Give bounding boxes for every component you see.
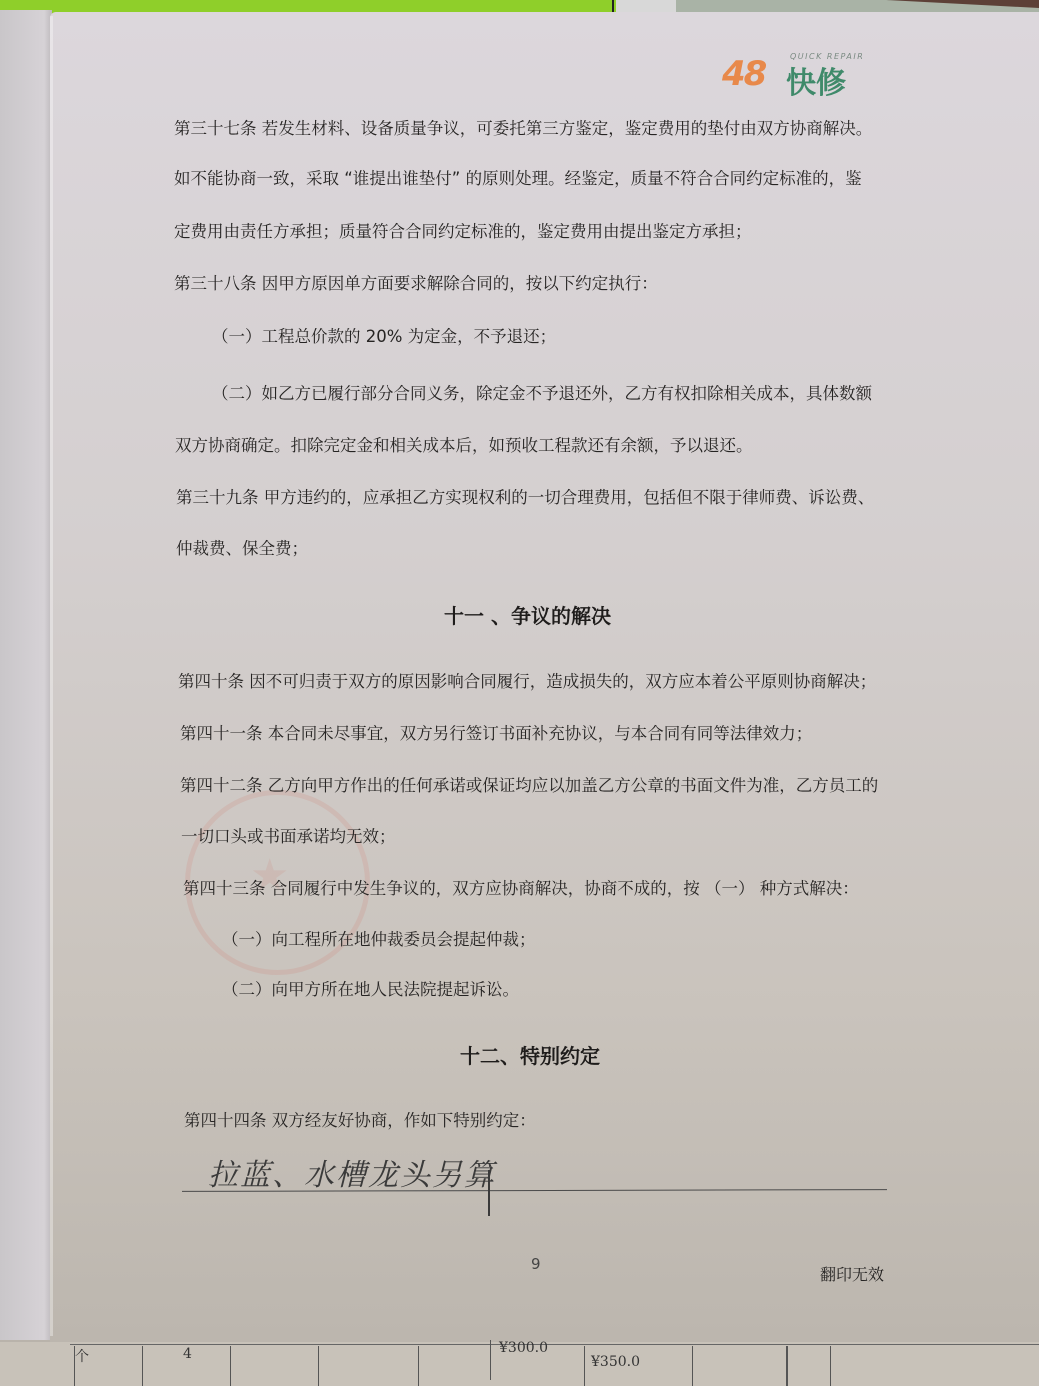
table-cell-empty-2: [318, 1346, 419, 1386]
copy-invalid-notice: 翻印无效: [820, 1262, 884, 1285]
clause-44-line-1: 第四十四条 双方经友好协商，作如下特别约定：: [184, 1107, 536, 1131]
page-number: 9: [531, 1255, 541, 1273]
table-cell-unit: 个: [74, 1346, 139, 1386]
table-cell-empty-5: [786, 1346, 828, 1386]
left-facing-page: [0, 10, 52, 1340]
clause-38-item-2-line-1: （二）如乙方已履行部分合同义务，除定金不予退还外，乙方有权扣除相关成本，具体数额: [212, 380, 872, 404]
clause-43-line-1: 第四十三条 合同履行中发生争议的，双方应协商解决，协商不成的，按 （一） 种方式…: [183, 875, 859, 899]
logo-chinese: 快修: [786, 58, 846, 102]
clause-37-line-3: 定费用由责任方承担；质量符合合同约定标准的，鉴定费用由提出鉴定方承担；: [174, 218, 752, 242]
clause-38-item-1: （一）工程总价款的 20% 为定金，不予退还；: [212, 323, 556, 347]
clause-43-item-2: （二）向甲方所在地人民法院提起诉讼。: [222, 976, 519, 1000]
handwritten-special-agreement: 拉蓝、水槽龙头另算: [208, 1150, 496, 1194]
underlying-price-table: 个 4 ¥300.0 ¥350.0: [0, 1342, 1039, 1386]
logo-number: 48: [722, 54, 765, 94]
table-cell-price-2: ¥350.0: [584, 1346, 692, 1386]
table-cell-empty-4: [692, 1346, 787, 1386]
clause-38-item-2-line-2: 双方协商确定。扣除完定金和相关成本后，如预收工程款还有余额，予以退还。: [175, 432, 753, 456]
clause-39-line-1: 第三十九条 甲方违约的，应承担乙方实现权利的一切合理费用，包括但不限于律师费、诉…: [176, 484, 874, 508]
clause-39-line-2: 仲裁费、保全费；: [176, 535, 308, 559]
table-cell-empty-1: [230, 1346, 319, 1386]
handwriting-stroke: [488, 1170, 490, 1216]
clause-37-line-2: 如不能协商一致，采取 “谁提出谁垫付” 的原则处理。经鉴定，质量不符合合同约定标…: [174, 165, 862, 189]
table-cell-qty: 4: [142, 1346, 228, 1386]
section-12-heading: 十二、特别约定: [460, 1040, 600, 1069]
table-cell-empty-3: [418, 1346, 491, 1386]
table-cell-price-1: ¥300.0: [490, 1340, 584, 1380]
section-11-heading: 十一 、争议的解决: [444, 600, 611, 629]
page-crease: [50, 16, 53, 1336]
clause-41: 第四十一条 本合同未尽事宜，双方另行签订书面补充协议，与本合同有同等法律效力；: [180, 720, 812, 744]
clause-38-line-1: 第三十八条 因甲方原因单方面要求解除合同的，按以下约定执行：: [174, 270, 658, 294]
brand-logo: 48 QUICK REPAIR 快修: [722, 52, 882, 96]
table-cell-handwritten: [830, 1346, 1031, 1386]
clause-42-line-1: 第四十二条 乙方向甲方作出的任何承诺或保证均应以加盖乙方公章的书面文件为准，乙方…: [180, 772, 878, 796]
clause-43-item-1: （一）向工程所在地仲裁委员会提起仲裁；: [222, 926, 536, 950]
clause-40: 第四十条 因不可归责于双方的原因影响合同履行，造成损失的，双方应本着公平原则协商…: [178, 668, 876, 692]
clause-42-line-2: 一切口头或书面承诺均无效；: [181, 823, 396, 847]
clause-37-line-1: 第三十七条 若发生材料、设备质量争议，可委托第三方鉴定，鉴定费用的垫付由双方协商…: [174, 115, 872, 139]
